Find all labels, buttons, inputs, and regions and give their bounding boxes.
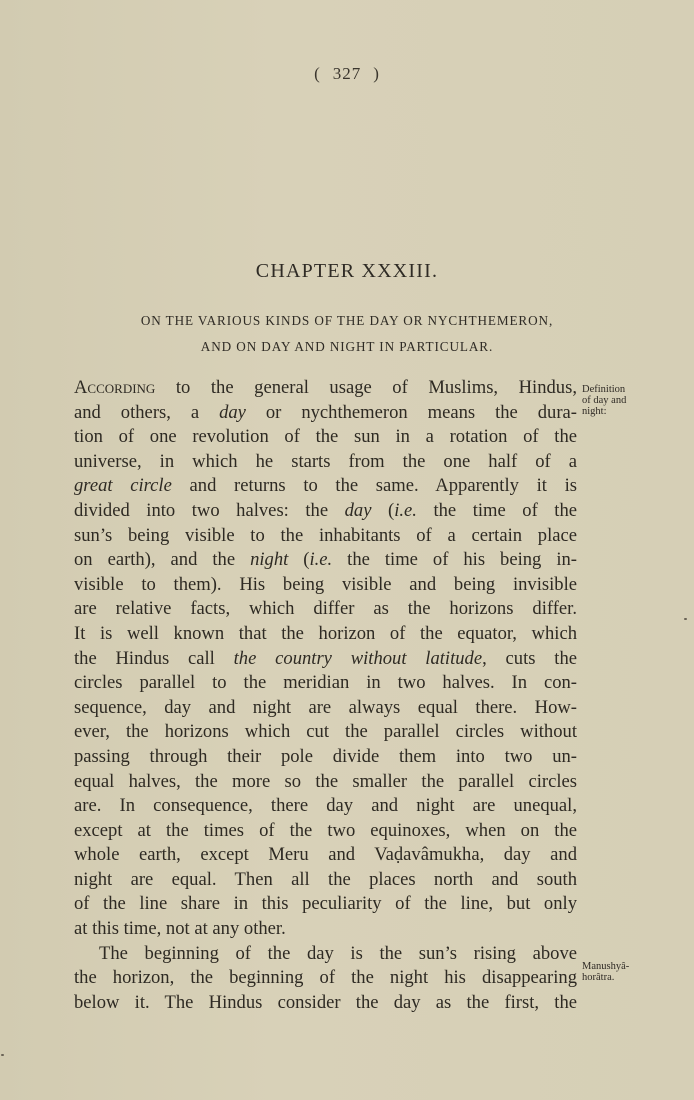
text-run: except at the times of the two equinoxes… <box>74 820 577 841</box>
text-line: of the line share in this peculiarity of… <box>74 892 577 917</box>
text-line: sun’s being visible to the inhabitants o… <box>74 524 577 549</box>
sidenote-manushyahoratra: Manushyâ- horâtra. <box>582 961 629 983</box>
sidenote-line: horâtra. <box>582 972 629 983</box>
text-line: at this time, not at any other. <box>74 917 577 942</box>
text-run: ( <box>288 549 309 570</box>
text-line: the Hindus call the country without lati… <box>74 647 577 672</box>
text-run: tion of one revolution of the sun in a r… <box>74 426 577 447</box>
text-run: to the general usage of Muslims, Hindus, <box>155 377 577 398</box>
text-run: night are equal. Then all the places nor… <box>74 869 577 890</box>
text-line: night are equal. Then all the places nor… <box>74 868 577 893</box>
italic-term: day <box>219 402 246 423</box>
chapter-title: CHAPTER XXXIII. <box>0 260 694 283</box>
text-run: universe, in which he starts from the on… <box>74 451 577 472</box>
page-number-close-paren: ) <box>373 64 380 84</box>
text-run: , cuts the <box>482 648 577 669</box>
text-run: circles parallel to the meridian in two … <box>74 672 577 693</box>
text-run: on earth), and the <box>74 549 250 570</box>
text-line: universe, in which he starts from the on… <box>74 450 577 475</box>
page-number: (327) <box>0 64 694 84</box>
text-run: equal halves, the more so the smaller th… <box>74 771 577 792</box>
text-run: passing through their pole divide them i… <box>74 746 577 767</box>
italic-term: great circle <box>74 475 172 496</box>
text-line: the horizon, the beginning of the night … <box>74 966 577 991</box>
text-run: the time of the <box>417 500 577 521</box>
text-run: of the line share in this peculiarity of… <box>74 893 577 914</box>
text-line: on earth), and the night (i.e. the time … <box>74 548 577 573</box>
text-run: and returns to the same. Apparently it i… <box>172 475 577 496</box>
chapter-subtitle-line-1: ON THE VARIOUS KINDS OF THE DAY OR NYCHT… <box>0 313 694 329</box>
italic-term: i.e. <box>394 500 417 521</box>
sidenote-line: Definition <box>582 384 626 395</box>
text-run: It is well known that the horizon of the… <box>74 623 577 644</box>
italic-term: night <box>250 549 288 570</box>
text-run: whole earth, except Meru and Vaḍavâmukha… <box>74 844 577 865</box>
text-line: are relative facts, which differ as the … <box>74 597 577 622</box>
text-run: or nychthemeron means the dura- <box>246 402 577 423</box>
text-run: The beginning of the day is the sun’s ri… <box>99 943 577 964</box>
sidenote-definition: Definition of day and night: <box>582 384 626 417</box>
text-run: ( <box>371 500 394 521</box>
text-run: below it. The Hindus consider the day as… <box>74 992 577 1013</box>
text-run: visible to them). His being visible and … <box>74 574 577 595</box>
chapter-subtitle-line-2: AND ON DAY AND NIGHT IN PARTICULAR. <box>0 339 694 355</box>
text-run: divided into two halves: the <box>74 500 345 521</box>
sidenote-line: of day and <box>582 395 626 406</box>
book-page: (327) CHAPTER XXXIII. ON THE VARIOUS KIN… <box>0 0 694 1100</box>
text-line: except at the times of the two equinoxes… <box>74 819 577 844</box>
italic-term: the country without latitude <box>234 648 482 669</box>
body-text: According to the general usage of Muslim… <box>74 376 577 1015</box>
text-run: ever, the horizons which cut the paralle… <box>74 721 577 742</box>
text-run: at this time, not at any other. <box>74 918 286 939</box>
text-line: whole earth, except Meru and Vaḍavâmukha… <box>74 843 577 868</box>
text-line: The beginning of the day is the sun’s ri… <box>74 942 577 967</box>
text-line: visible to them). His being visible and … <box>74 573 577 598</box>
page-number-open-paren: ( <box>314 64 321 84</box>
scan-speck <box>684 618 687 620</box>
text-run: and others, a <box>74 402 219 423</box>
text-line: According to the general usage of Muslim… <box>74 376 577 401</box>
text-line: equal halves, the more so the smaller th… <box>74 770 577 795</box>
sidenote-line: night: <box>582 406 626 417</box>
small-caps-opening: According <box>74 377 155 398</box>
text-line: tion of one revolution of the sun in a r… <box>74 425 577 450</box>
text-run: sequence, day and night are always equal… <box>74 697 577 718</box>
text-run: sun’s being visible to the inhabitants o… <box>74 525 577 546</box>
text-line: circles parallel to the meridian in two … <box>74 671 577 696</box>
text-line: great circle and returns to the same. Ap… <box>74 474 577 499</box>
text-line: passing through their pole divide them i… <box>74 745 577 770</box>
text-line: It is well known that the horizon of the… <box>74 622 577 647</box>
text-run: the horizon, the beginning of the night … <box>74 967 577 988</box>
text-line: are. In consequence, there day and night… <box>74 794 577 819</box>
page-number-value: 327 <box>333 64 362 83</box>
text-run: the Hindus call <box>74 648 234 669</box>
scan-speck <box>1 1054 4 1056</box>
text-line: and others, a day or nychthemeron means … <box>74 401 577 426</box>
text-run: the time of his being in- <box>332 549 577 570</box>
text-line: ever, the horizons which cut the paralle… <box>74 720 577 745</box>
text-run: are. In consequence, there day and night… <box>74 795 577 816</box>
text-run: are relative facts, which differ as the … <box>74 598 577 619</box>
sidenote-line: Manushyâ- <box>582 961 629 972</box>
italic-term: day <box>345 500 372 521</box>
text-line: divided into two halves: the day (i.e. t… <box>74 499 577 524</box>
text-line: sequence, day and night are always equal… <box>74 696 577 721</box>
italic-term: i.e. <box>309 549 332 570</box>
text-line: below it. The Hindus consider the day as… <box>74 991 577 1016</box>
